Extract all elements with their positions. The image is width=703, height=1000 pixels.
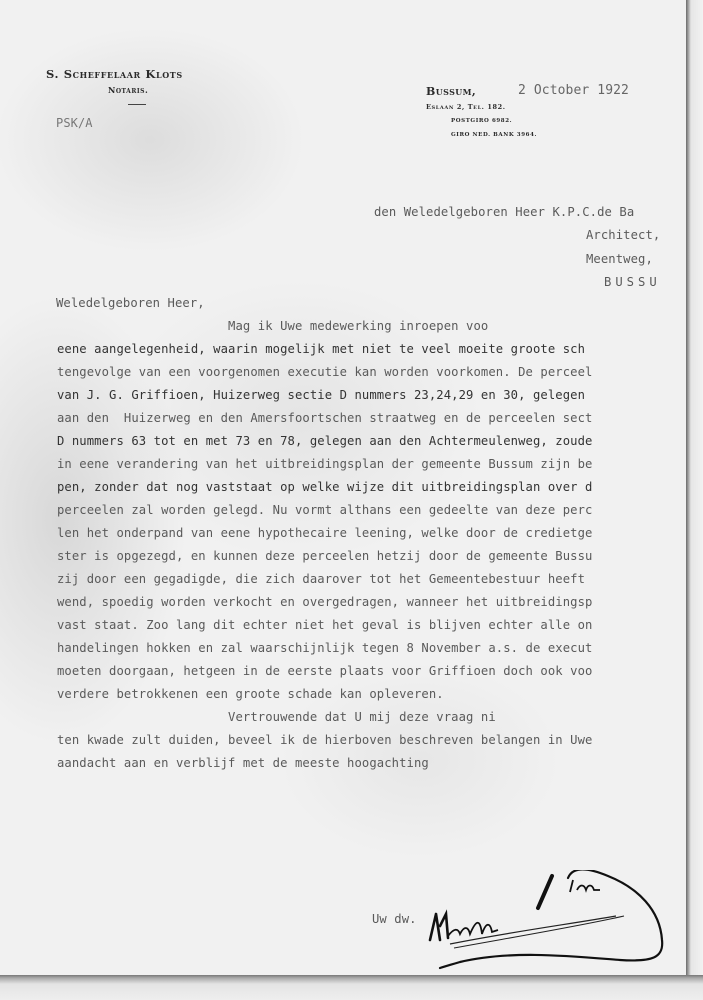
body-line: moeten doorgaan, hetgeen in de eerste pl… xyxy=(57,664,593,678)
page-edge-right xyxy=(686,0,703,1000)
body-line: D nummers 63 tot en met 73 en 78, gelege… xyxy=(57,434,593,448)
body-line: ten kwade zult duiden, beveel ik de hier… xyxy=(57,733,593,747)
body-line: tengevolge van een voorgenomen executie … xyxy=(57,365,593,379)
body-line: ster is opgezegd, en kunnen deze perceel… xyxy=(57,549,593,563)
reference-code: PSK/A xyxy=(56,116,93,130)
page-edge-bottom xyxy=(0,975,703,1000)
letterhead-name: S. Scheffelaar Klots xyxy=(46,67,183,81)
body-line: handelingen hokken en zal waarschijnlijk… xyxy=(57,641,593,655)
body-line: aandacht aan en verblijf met de meeste h… xyxy=(57,756,429,770)
letterhead-title: Notaris. xyxy=(108,85,148,95)
body-line: vast staat. Zoo lang dit echter niet het… xyxy=(57,618,593,632)
letterhead-divider xyxy=(128,104,146,105)
body-line: zij door een gegadigde, die zich daarove… xyxy=(57,572,585,586)
letterhead-city: Bussum, xyxy=(426,85,476,98)
body-line: pen, zonder dat nog vaststaat op welke w… xyxy=(57,480,593,494)
closing: Uw dw. xyxy=(372,912,417,926)
letterhead-giro: GIRO NED. BANK 3964. xyxy=(451,132,537,138)
letter-sheet: S. Scheffelaar Klots Notaris. Bussum, Es… xyxy=(0,0,686,975)
body-line: in eene verandering van het uitbreidings… xyxy=(57,457,593,471)
body-line: perceelen zal worden gelegd. Nu vormt al… xyxy=(57,503,593,517)
body-line: eene aangelegenheid, waarin mogelijk met… xyxy=(57,342,585,356)
signature-icon xyxy=(420,870,670,970)
body-line: len het onderpand van eene hypothecaire … xyxy=(57,526,593,540)
body-line: wend, spoedig worden verkocht en overged… xyxy=(57,595,593,609)
recipient-line-3: Meentweg, xyxy=(586,252,653,266)
body-line: verdere betrokkenen een groote schade ka… xyxy=(57,687,444,701)
body-line: van J. G. Griffioen, Huizerweg sectie D … xyxy=(57,388,585,402)
recipient-line-1: den Weledelgeboren Heer K.P.C.de Ba xyxy=(374,205,634,219)
recipient-line-2: Architect, xyxy=(586,228,660,242)
body-line: Vertrouwende dat U mij deze vraag ni xyxy=(57,710,496,724)
body-line: aan den Huizerweg en den Amersfoortschen… xyxy=(57,411,593,425)
body-line: Mag ik Uwe medewerking inroepen voo xyxy=(57,319,488,333)
letterhead-postgiro: POSTGIRO 6982. xyxy=(451,118,512,124)
salutation: Weledelgeboren Heer, xyxy=(56,296,205,310)
letter-date: 2 October 1922 xyxy=(518,83,629,98)
recipient-line-4: BUSSU xyxy=(604,275,661,289)
letterhead-address: Eslaan 2, Tel. 182. xyxy=(426,103,506,111)
